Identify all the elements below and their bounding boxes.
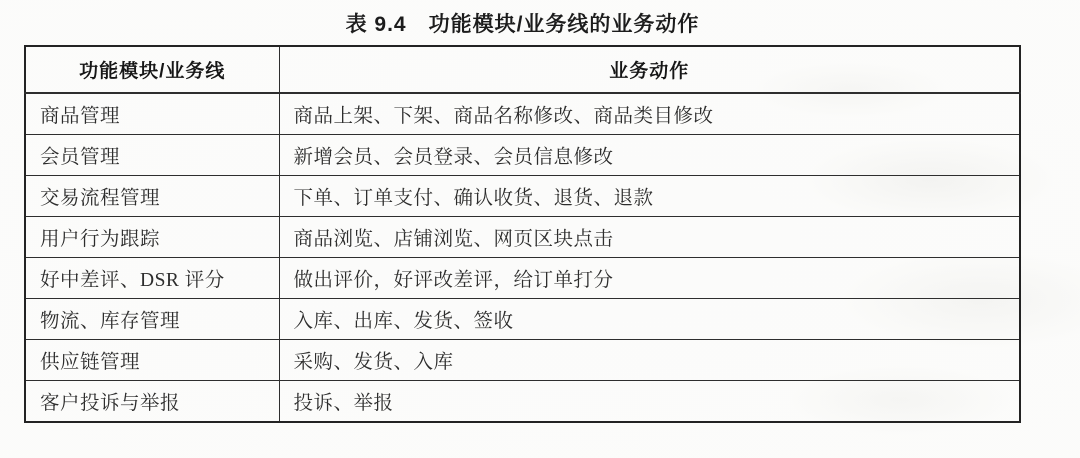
table-row: 用户行为跟踪 商品浏览、店铺浏览、网页区块点击 — [25, 217, 1020, 258]
cell-action: 投诉、举报 — [279, 381, 1020, 423]
cell-module: 客户投诉与举报 — [25, 381, 279, 423]
cell-action: 做出评价，好评改差评，给订单打分 — [279, 258, 1020, 299]
cell-action: 采购、发货、入库 — [279, 340, 1020, 381]
cell-module: 交易流程管理 — [25, 176, 279, 217]
table-row: 客户投诉与举报 投诉、举报 — [25, 381, 1020, 423]
table-row: 交易流程管理 下单、订单支付、确认收货、退货、退款 — [25, 176, 1020, 217]
cell-module: 供应链管理 — [25, 340, 279, 381]
cell-action: 下单、订单支付、确认收货、退货、退款 — [279, 176, 1020, 217]
header-cell-module: 功能模块/业务线 — [25, 46, 279, 93]
table-row: 供应链管理 采购、发货、入库 — [25, 340, 1020, 381]
page-title: 表 9.4 功能模块/业务线的业务动作 — [24, 8, 1021, 38]
cell-module: 好中差评、DSR 评分 — [25, 258, 279, 299]
table-row: 商品管理 商品上架、下架、商品名称修改、商品类目修改 — [25, 93, 1020, 135]
module-table: 功能模块/业务线 业务动作 商品管理 商品上架、下架、商品名称修改、商品类目修改… — [24, 45, 1021, 423]
cell-module: 会员管理 — [25, 135, 279, 176]
table-row: 好中差评、DSR 评分 做出评价，好评改差评，给订单打分 — [25, 258, 1020, 299]
table-row: 会员管理 新增会员、会员登录、会员信息修改 — [25, 135, 1020, 176]
header-cell-action: 业务动作 — [279, 46, 1020, 93]
cell-action: 新增会员、会员登录、会员信息修改 — [279, 135, 1020, 176]
cell-action: 商品上架、下架、商品名称修改、商品类目修改 — [279, 93, 1020, 135]
cell-module: 物流、库存管理 — [25, 299, 279, 340]
cell-action: 商品浏览、店铺浏览、网页区块点击 — [279, 217, 1020, 258]
scanned-page: 表 9.4 功能模块/业务线的业务动作 功能模块/业务线 业务动作 商品管理 商… — [0, 0, 1080, 458]
cell-module: 用户行为跟踪 — [25, 217, 279, 258]
cell-module: 商品管理 — [25, 93, 279, 135]
table-row: 物流、库存管理 入库、出库、发货、签收 — [25, 299, 1020, 340]
cell-action: 入库、出库、发货、签收 — [279, 299, 1020, 340]
table-header-row: 功能模块/业务线 业务动作 — [25, 46, 1020, 93]
